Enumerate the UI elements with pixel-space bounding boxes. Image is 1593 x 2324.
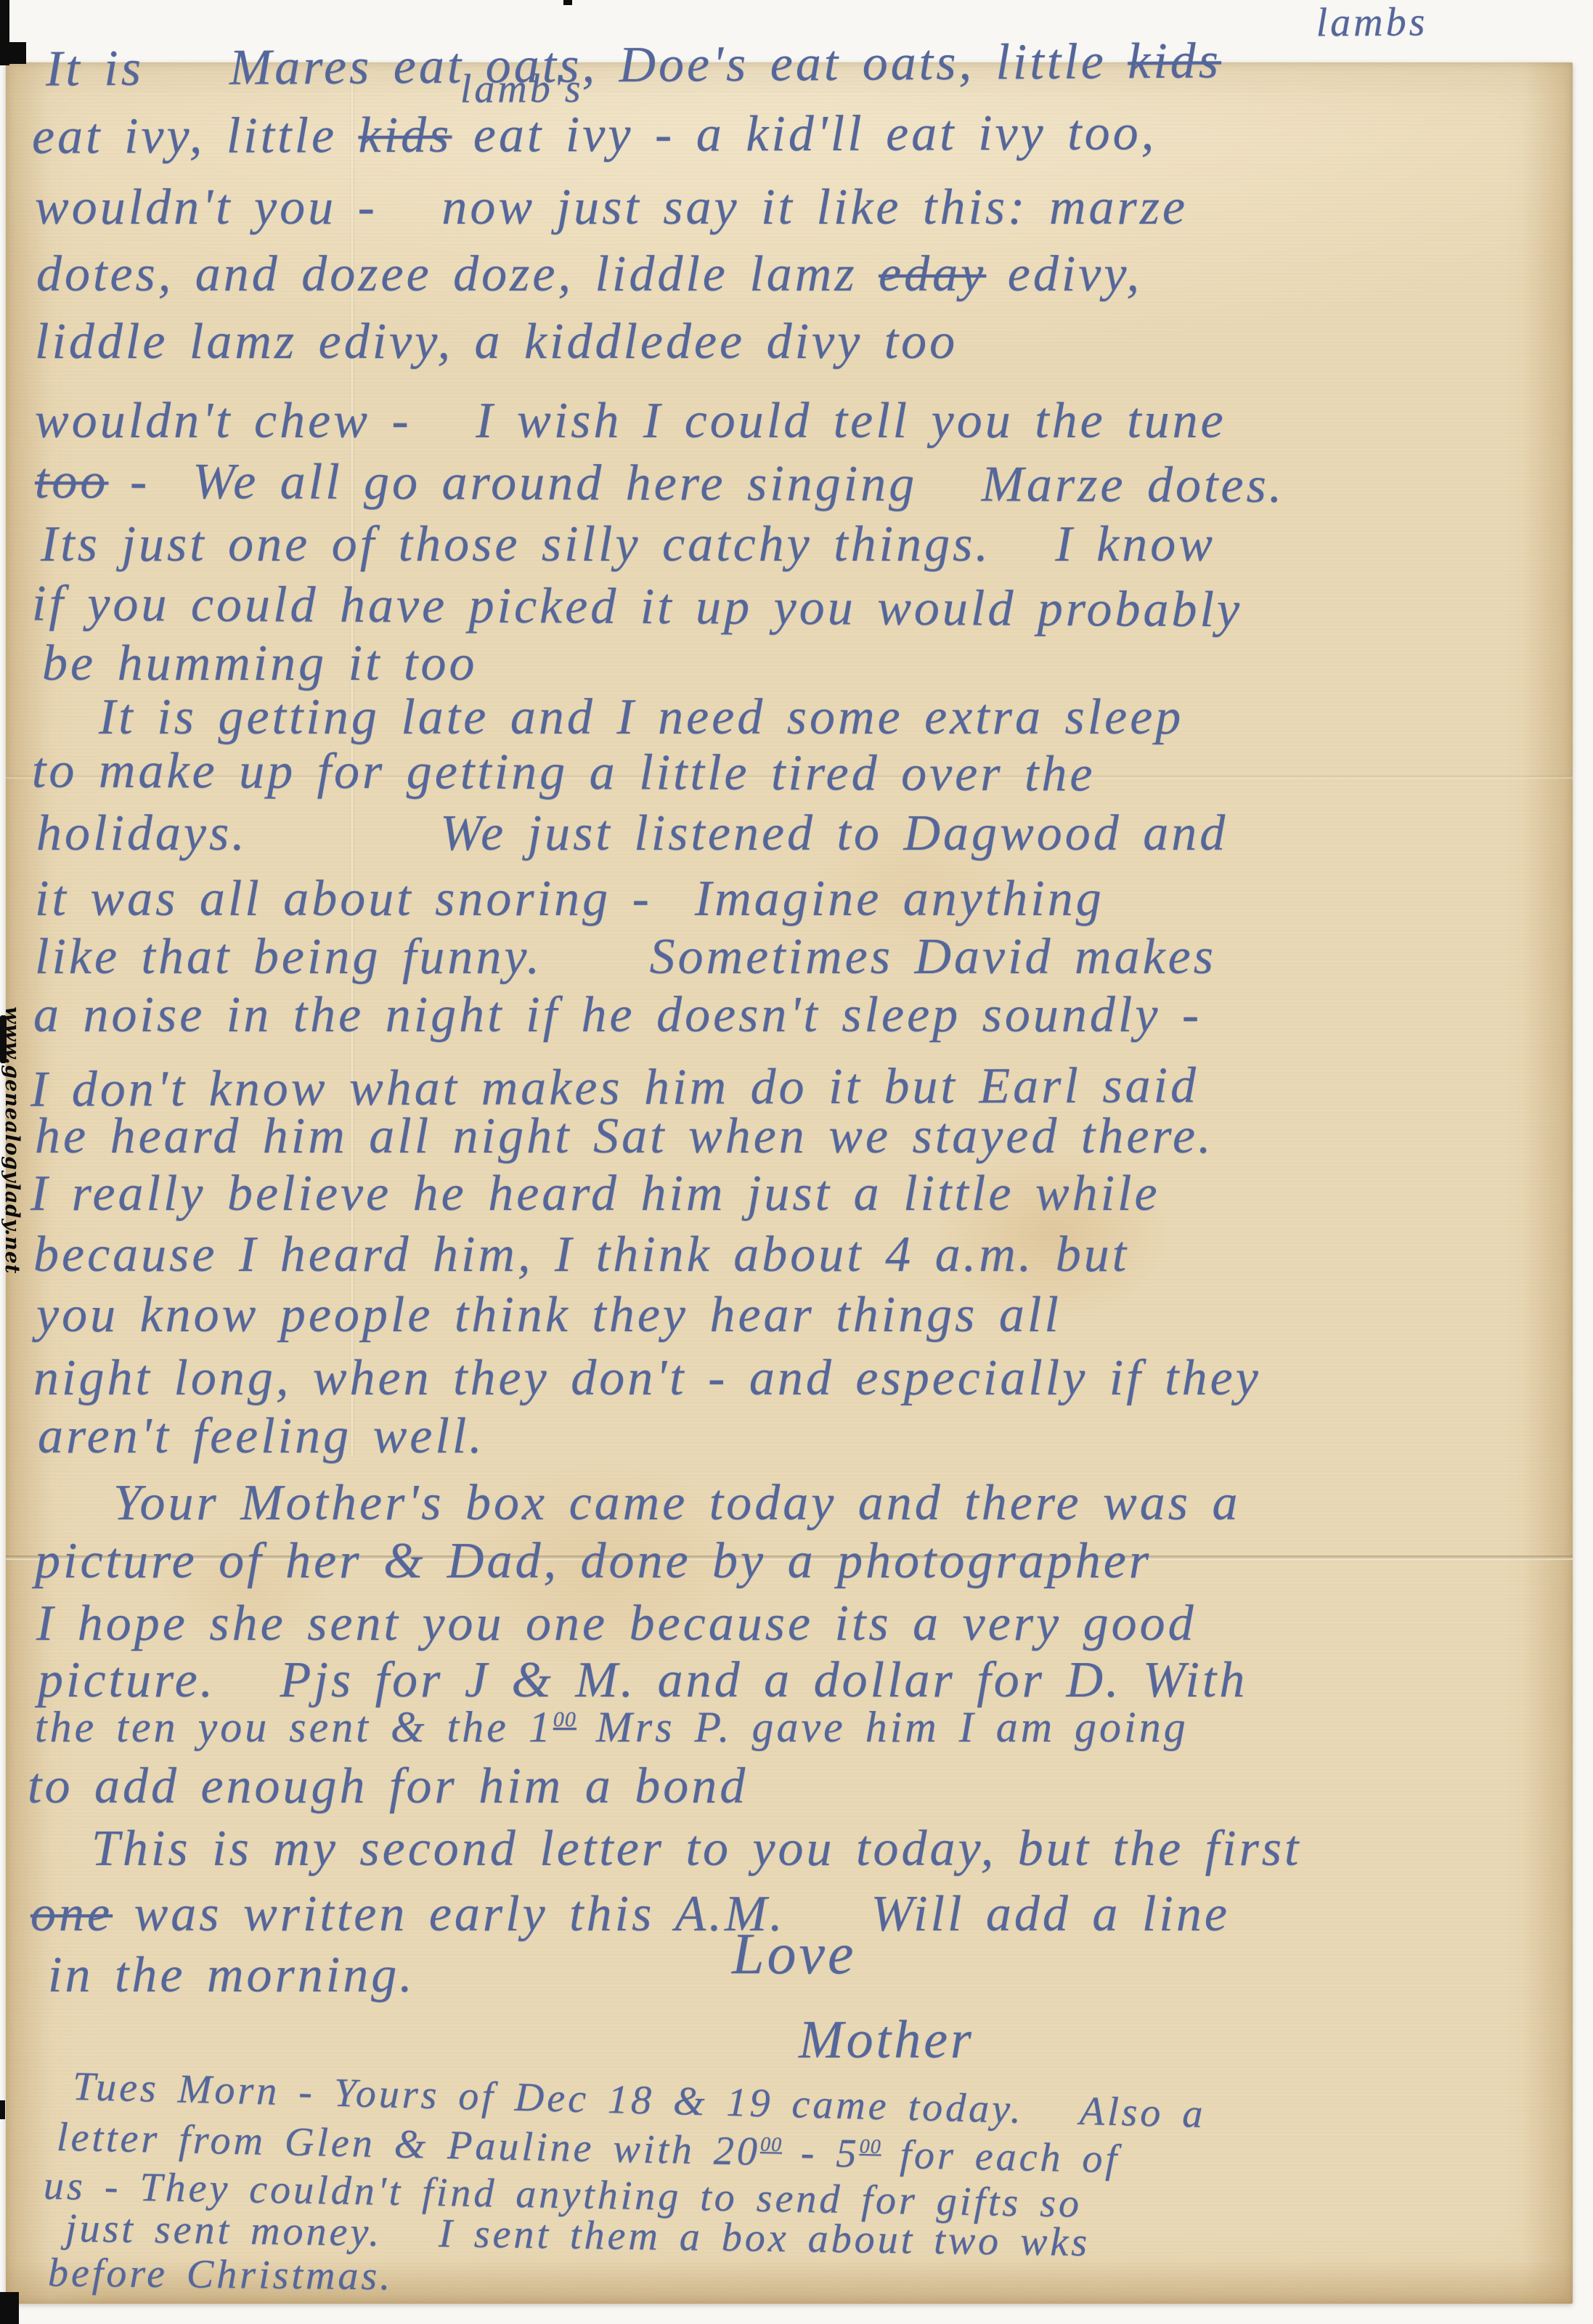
scanner-edge-mark — [563, 0, 572, 5]
struck-word: kids — [1128, 33, 1221, 89]
letter-text: I hope she sent you one because its a ve… — [36, 1596, 1197, 1651]
letter-line: holidays. We just listened to Dagwood an… — [36, 806, 1228, 861]
letter-line: to make up for getting a little tired ov… — [32, 743, 1096, 802]
letter-text: Love — [732, 1922, 857, 1986]
letter-text: like that being funny. Sometimes David m… — [35, 929, 1216, 985]
letter-scan: It is Mares eat oats, Doe's eat oats, li… — [0, 0, 1593, 2324]
letter-text: to make up for getting a little tired ov… — [32, 742, 1096, 802]
struck-word: one — [30, 1886, 113, 1942]
letter-text: Mother — [799, 2010, 974, 2070]
letter-text: before Christmas. — [48, 2251, 394, 2299]
letter-text: wouldn't you - now just say it like this… — [35, 179, 1188, 235]
letter-line: be humming it too — [42, 636, 477, 691]
letter-line: to add enough for him a bond — [28, 1759, 748, 1814]
letter-text: Your Mother's box came today and there w… — [113, 1475, 1240, 1531]
letter-text: dotes, and dozee doze, liddle lamz — [36, 246, 879, 302]
letter-text: edivy, — [986, 246, 1142, 302]
letter-line: Its just one of those silly catchy thing… — [41, 517, 1215, 572]
letter-line: wouldn't you - now just say it like this… — [35, 180, 1188, 235]
letter-line: in the morning. — [48, 1948, 415, 2003]
letter-text: liddle lamz edivy, a kiddledee divy too — [35, 314, 958, 370]
letter-text: picture. Pjs for J & M. and a dollar for… — [38, 1652, 1247, 1708]
letter-text: to add enough for him a bond — [28, 1758, 748, 1814]
struck-word: too — [35, 453, 109, 509]
letter-line: before Christmas. — [48, 2251, 394, 2299]
letter-line: the ten you sent & the 100 Mrs P. gave h… — [35, 1704, 1189, 1751]
letter-text: picture of her & Dad, done by a photogra… — [35, 1533, 1152, 1589]
letter-text: I really believe he heard him just a lit… — [30, 1166, 1160, 1222]
letter-text: it was all about snoring - Imagine anyth… — [35, 871, 1104, 927]
scanner-edge-mark — [0, 2100, 5, 2119]
struck-word: kids — [358, 107, 452, 163]
letter-text: 00 — [760, 2133, 783, 2156]
scanner-edge-mark — [0, 42, 26, 64]
letter-line: I really believe he heard him just a lit… — [30, 1166, 1160, 1222]
letter-line: night long, when they don't - and especi… — [33, 1351, 1261, 1406]
letter-line: eat ivy, little kidslamb's eat ivy - a k… — [32, 105, 1157, 164]
inserted-word: lamb's — [460, 67, 584, 111]
letter-text: eat ivy, little — [32, 107, 359, 165]
letter-line: This is my second letter to you today, b… — [91, 1821, 1302, 1877]
letter-line: picture. Pjs for J & M. and a dollar for… — [38, 1653, 1247, 1708]
letter-line: It is getting late and I need some extra… — [99, 690, 1183, 745]
letter-text: This is my second letter to you today, b… — [91, 1821, 1302, 1877]
letter-line: a noise in the night if he doesn't sleep… — [33, 988, 1202, 1043]
letter-text: - 5 — [781, 2130, 860, 2177]
letter-text: he heard him all night Sat when we staye… — [35, 1108, 1214, 1164]
letter-line: picture of her & Dad, done by a photogra… — [35, 1534, 1152, 1589]
letter-text: you know people think they hear things a… — [36, 1287, 1062, 1343]
letter-line: Love — [732, 1923, 857, 1986]
letter-line: I hope she sent you one because its a ve… — [36, 1596, 1197, 1651]
letter-text: because I heard him, I think about 4 a.m… — [33, 1227, 1129, 1283]
letter-text: was written early this A.M. Will add a l… — [113, 1886, 1230, 1942]
letter-line: It is Mares eat oats, Doe's eat oats, li… — [46, 33, 1222, 97]
letter-line: if you could have picked it up you would… — [32, 577, 1242, 638]
scanner-edge-mark — [0, 1015, 7, 1063]
letter-line: aren't feeling well. — [38, 1409, 485, 1464]
letter-line: too - We all go around here singing Marz… — [35, 454, 1285, 513]
letter-text: 00 — [553, 1707, 577, 1731]
letter-text: night long, when they don't - and especi… — [33, 1350, 1261, 1406]
inserted-word: lambs — [1316, 0, 1427, 45]
letter-line: it was all about snoring - Imagine anyth… — [35, 871, 1104, 927]
letter-text: for each of — [881, 2132, 1120, 2182]
letter-text: the ten you sent & the 1 — [35, 1703, 553, 1751]
letter-text: - We all go around here singing Marze do… — [108, 453, 1284, 513]
letter-text: be humming it too — [42, 635, 477, 691]
letter-text: if you could have picked it up you would… — [32, 576, 1242, 638]
letter-line: dotes, and dozee doze, liddle lamz eday … — [36, 247, 1142, 302]
letter-text: Its just one of those silly catchy thing… — [41, 516, 1215, 572]
letter-line: Mother — [799, 2012, 974, 2070]
letter-text: 00 — [859, 2135, 881, 2158]
letter-text: It is getting late and I need some extra… — [99, 689, 1183, 745]
letter-text: in the morning. — [48, 1947, 415, 2003]
letter-line: liddle lamz edivy, a kiddledee divy too — [35, 314, 958, 370]
scanner-edge-mark — [0, 2292, 19, 2324]
letter-line: because I heard him, I think about 4 a.m… — [33, 1227, 1129, 1283]
letter-text: aren't feeling well. — [38, 1408, 485, 1464]
letter-paper: It is Mares eat oats, Doe's eat oats, li… — [6, 62, 1573, 2304]
letter-text: holidays. We just listened to Dagwood an… — [36, 805, 1228, 861]
letter-line: wouldn't chew - I wish I could tell you … — [35, 394, 1226, 449]
letter-line: he heard him all night Sat when we staye… — [35, 1109, 1214, 1164]
letter-line: Your Mother's box came today and there w… — [113, 1476, 1240, 1531]
letter-text: Mrs P. gave him I am going — [577, 1703, 1189, 1751]
letter-body: It is Mares eat oats, Doe's eat oats, li… — [6, 62, 1573, 2304]
struck-word: eday — [879, 246, 986, 302]
letter-line: one was written early this A.M. Will add… — [30, 1887, 1230, 1942]
letter-text: wouldn't chew - I wish I could tell you … — [35, 393, 1226, 449]
letter-line: like that being funny. Sometimes David m… — [35, 930, 1216, 985]
letter-text: eat ivy - a kid'll eat ivy too, — [452, 105, 1157, 163]
letter-text: a noise in the night if he doesn't sleep… — [33, 987, 1202, 1043]
letter-text: It is Mares eat oats, Doe's eat oats, li… — [46, 33, 1128, 97]
letter-line: you know people think they hear things a… — [36, 1288, 1062, 1343]
